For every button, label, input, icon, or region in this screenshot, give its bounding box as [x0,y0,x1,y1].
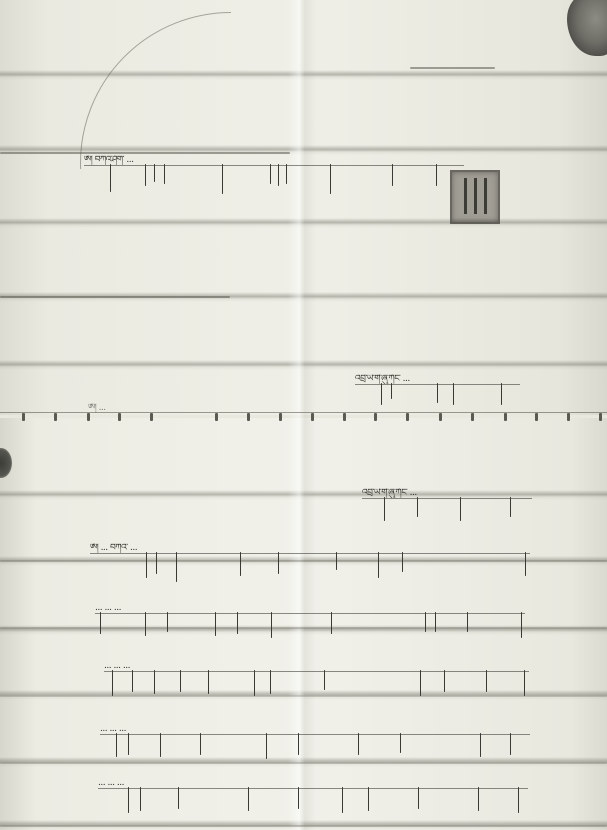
body-line-2: ... ... ... [95,603,525,649]
body-line-5-text: ... ... ... [98,778,528,789]
crease [0,296,230,298]
crease [410,67,495,69]
lower-signature-text: འབྲི་ཡི་གེ་ཞུ་ཀོང་ ... [362,488,532,499]
body-line-4-text: ... ... ... [100,724,530,735]
body-line-3-text: ... ... ... [104,661,529,672]
stitched-seam [0,412,607,425]
opening-line: ༀ། བཀའ་ཤོག་ ... [84,155,464,201]
body-line-1: ༀ། ... བཀའ་ ... [90,543,530,589]
body-line-3: ... ... ... [104,661,529,707]
body-line-2-text: ... ... ... [95,603,525,614]
manuscript-photo: ༀ། བཀའ་ཤོག་ ... འབྲི་ཡི་གེ་ཞུ་ཀོང་ ... ༀ… [0,0,607,830]
body-line-4: ... ... ... [100,724,530,770]
body-line-5: ... ... ... [98,778,528,824]
lower-signature-block: འབྲི་ཡི་གེ་ཞུ་ཀོང་ ... [362,488,532,534]
opening-line-text: ༀ། བཀའ་ཤོག་ ... [84,155,464,166]
seal-stamp [450,170,500,224]
crease [0,825,607,827]
